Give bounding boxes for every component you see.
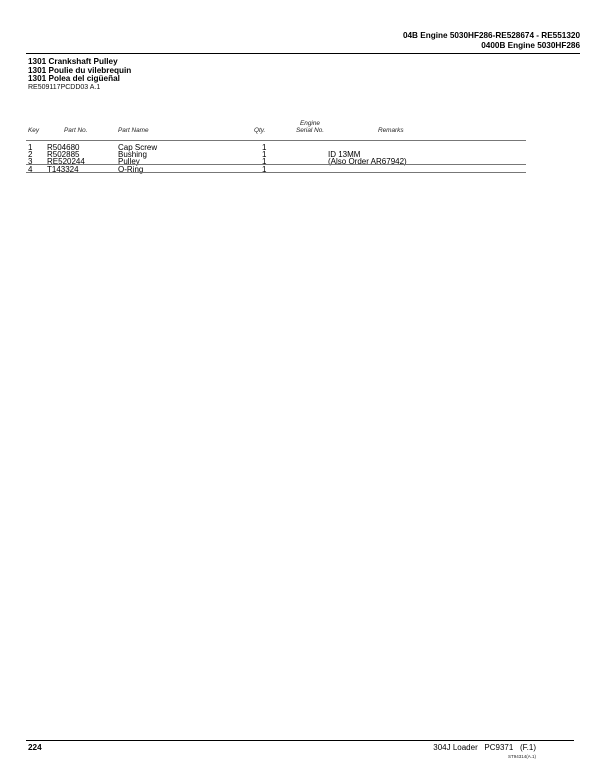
col-header-qty: Qty. (254, 127, 265, 134)
header-line-1: 04B Engine 5030HF286-RE528674 - RE551320 (403, 31, 580, 41)
col-header-remarks: Remarks (378, 127, 404, 134)
page-number: 224 (28, 743, 42, 752)
section-titles: 1301 Crankshaft Pulley 1301 Poulie du vi… (28, 58, 131, 84)
col-header-serial-line1: Engine (290, 120, 330, 127)
footer-divider (26, 740, 574, 741)
col-header-serial: Engine Serial No. (290, 120, 330, 134)
title-spanish: 1301 Polea del cigüeñal (28, 75, 131, 84)
page-header: 04B Engine 5030HF286-RE528674 - RE551320… (403, 31, 580, 51)
table-header-rule (26, 140, 526, 141)
row-group-rule (26, 172, 526, 173)
col-header-part-name: Part Name (118, 127, 149, 134)
footer-code: ST94314(A.1) (508, 754, 536, 759)
header-divider (26, 53, 580, 54)
header-line-2: 0400B Engine 5030HF286 (403, 41, 580, 51)
illustration-code: RE509117PCDD03 A.1 (28, 84, 100, 91)
col-header-part-no: Part No. (64, 127, 87, 134)
col-header-serial-line2: Serial No. (290, 127, 330, 134)
publication-info: 304J Loader PC9371 (F.1) (433, 743, 536, 752)
row-group-rule (26, 164, 526, 165)
col-header-key: Key (28, 127, 39, 134)
